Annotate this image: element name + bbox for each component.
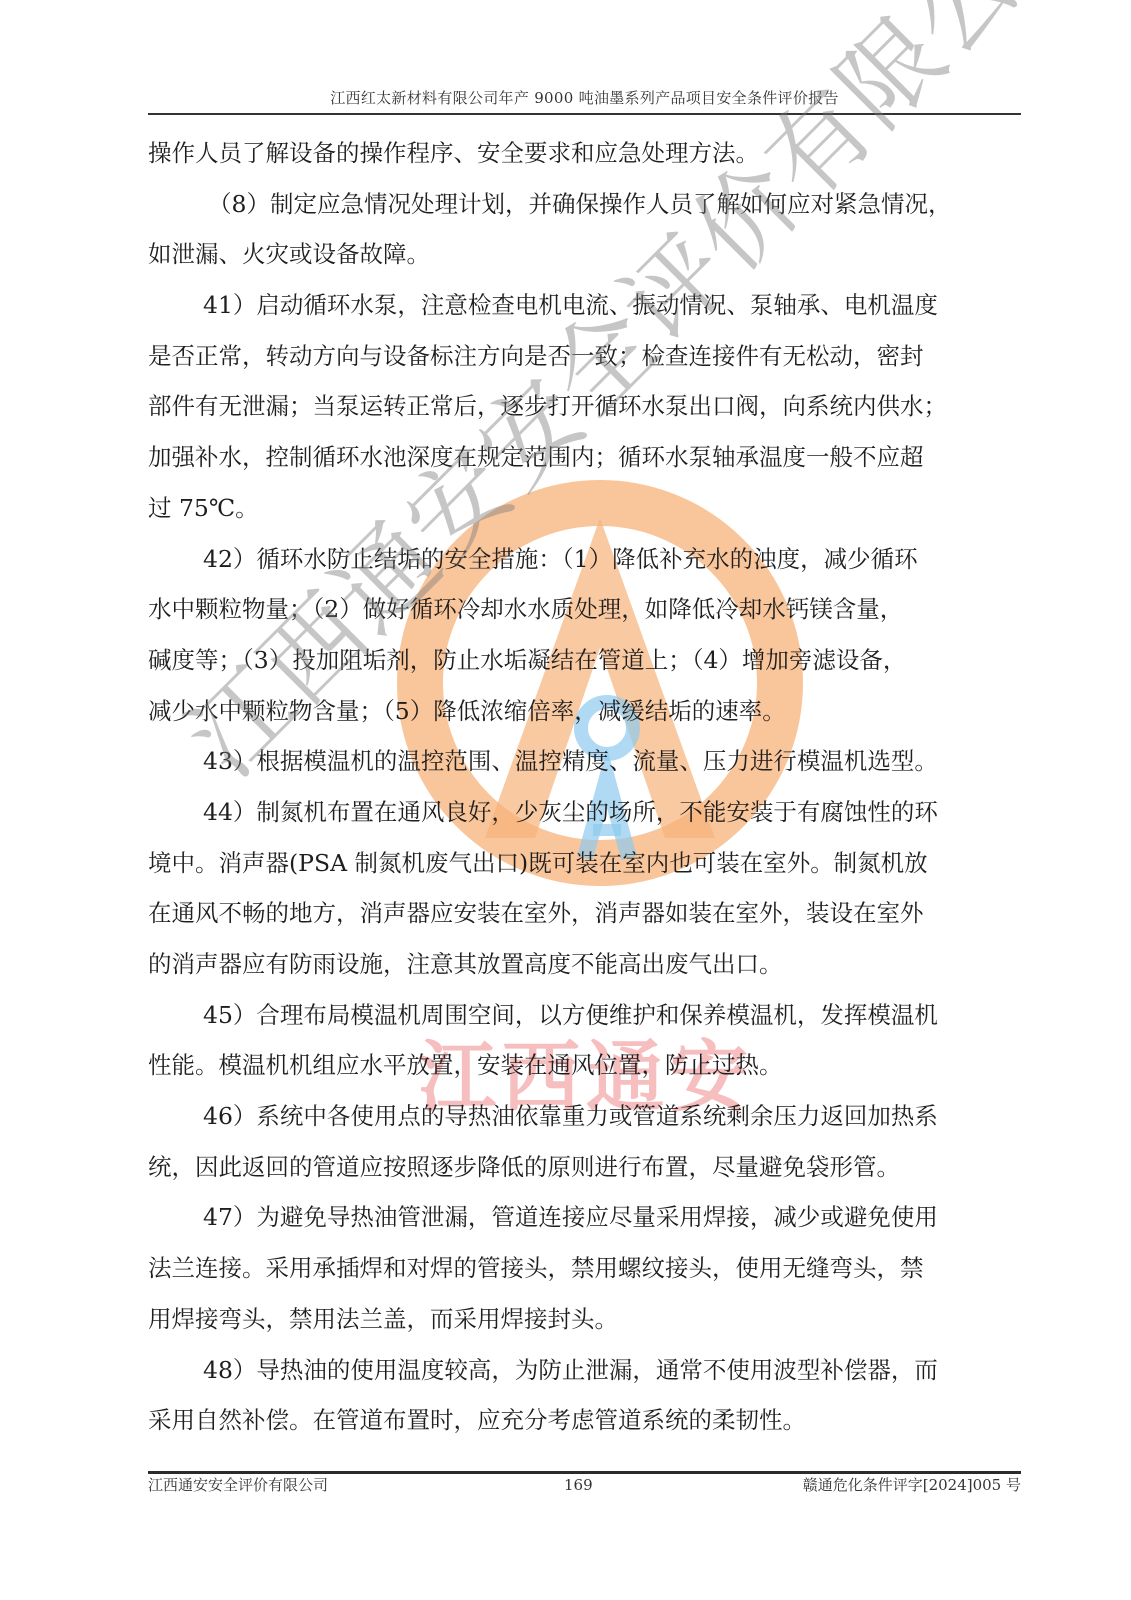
body-line: 45）合理布局模温机周围空间，以方便维护和保养模温机，发挥模温机	[148, 990, 1023, 1041]
body-line: 在通风不畅的地方，消声器应安装在室外，消声器如装在室外，装设在室外	[148, 888, 1023, 939]
body-line: 的消声器应有防雨设施，注意其放置高度不能高出废气出口。	[148, 939, 1023, 990]
body-line: 是否正常，转动方向与设备标注方向是否一致；检查连接件有无松动，密封	[148, 331, 1023, 382]
body-line: 操作人员了解设备的操作程序、安全要求和应急处理方法。	[148, 128, 1023, 179]
body-line: 性能。模温机机组应水平放置，安装在通风位置，防止过热。	[148, 1040, 1023, 1091]
body-line: 境中。消声器(PSA 制氮机废气出口)既可装在室内也可装在室外。制氮机放	[148, 838, 1023, 889]
header-divider	[148, 113, 1021, 115]
body-line: 47）为避免导热油管泄漏，管道连接应尽量采用焊接，减少或避免使用	[148, 1192, 1023, 1243]
body-line: 水中颗粒物量；（2）做好循环冷却水水质处理，如降低冷却水钙镁含量，	[148, 584, 1023, 635]
footer-company: 江西通安安全评价有限公司	[148, 1475, 328, 1495]
body-line: 统，因此返回的管道应按照逐步降低的原则进行布置，尽量避免袋形管。	[148, 1142, 1023, 1193]
body-line: 如泄漏、火灾或设备故障。	[148, 229, 1023, 280]
body-line: （8）制定应急情况处理计划，并确保操作人员了解如何应对紧急情况，	[148, 179, 1023, 230]
body-line: 46）系统中各使用点的导热油依靠重力或管道系统剩余压力返回加热系	[148, 1091, 1023, 1142]
body-line: 过 75℃。	[148, 483, 1023, 534]
body-line: 44）制氮机布置在通风良好，少灰尘的场所，不能安装于有腐蚀性的环	[148, 787, 1023, 838]
body-line: 碱度等；（3）投加阻垢剂，防止水垢凝结在管道上；（4）增加旁滤设备，	[148, 635, 1023, 686]
document-page: 江西红太新材料有限公司年产 9000 吨油墨系列产品项目安全条件评价报告 江西通…	[0, 0, 1131, 1600]
body-line: 43）根据模温机的温控范围、温控精度、流量、压力进行模温机选型。	[148, 736, 1023, 787]
body-line: 采用自然补偿。在管道布置时，应充分考虑管道系统的柔韧性。	[148, 1395, 1023, 1446]
footer-document-code: 赣通危化条件评字[2024]005 号	[803, 1475, 1021, 1495]
page-header-title: 江西红太新材料有限公司年产 9000 吨油墨系列产品项目安全条件评价报告	[148, 88, 1021, 116]
body-line: 42）循环水防止结垢的安全措施：（1）降低补充水的浊度，减少循环	[148, 534, 1023, 585]
body-line: 加强补水，控制循环水池深度在规定范围内；循环水泵轴承温度一般不应超	[148, 432, 1023, 483]
body-line: 41）启动循环水泵，注意检查电机电流、振动情况、泵轴承、电机温度	[148, 280, 1023, 331]
body-line: 部件有无泄漏；当泵运转正常后，逐步打开循环水泵出口阀，向系统内供水；	[148, 381, 1023, 432]
page-number: 169	[564, 1475, 593, 1495]
page-footer: 江西通安安全评价有限公司 169 赣通危化条件评字[2024]005 号	[148, 1475, 1021, 1497]
document-body: 操作人员了解设备的操作程序、安全要求和应急处理方法。 （8）制定应急情况处理计划…	[148, 128, 1023, 1446]
body-line: 48）导热油的使用温度较高，为防止泄漏，通常不使用波型补偿器，而	[148, 1345, 1023, 1396]
body-line: 法兰连接。采用承插焊和对焊的管接头，禁用螺纹接头，使用无缝弯头，禁	[148, 1243, 1023, 1294]
body-line: 用焊接弯头，禁用法兰盖，而采用焊接封头。	[148, 1294, 1023, 1345]
body-line: 减少水中颗粒物含量；（5）降低浓缩倍率，减缓结垢的速率。	[148, 686, 1023, 737]
footer-divider	[148, 1471, 1021, 1474]
